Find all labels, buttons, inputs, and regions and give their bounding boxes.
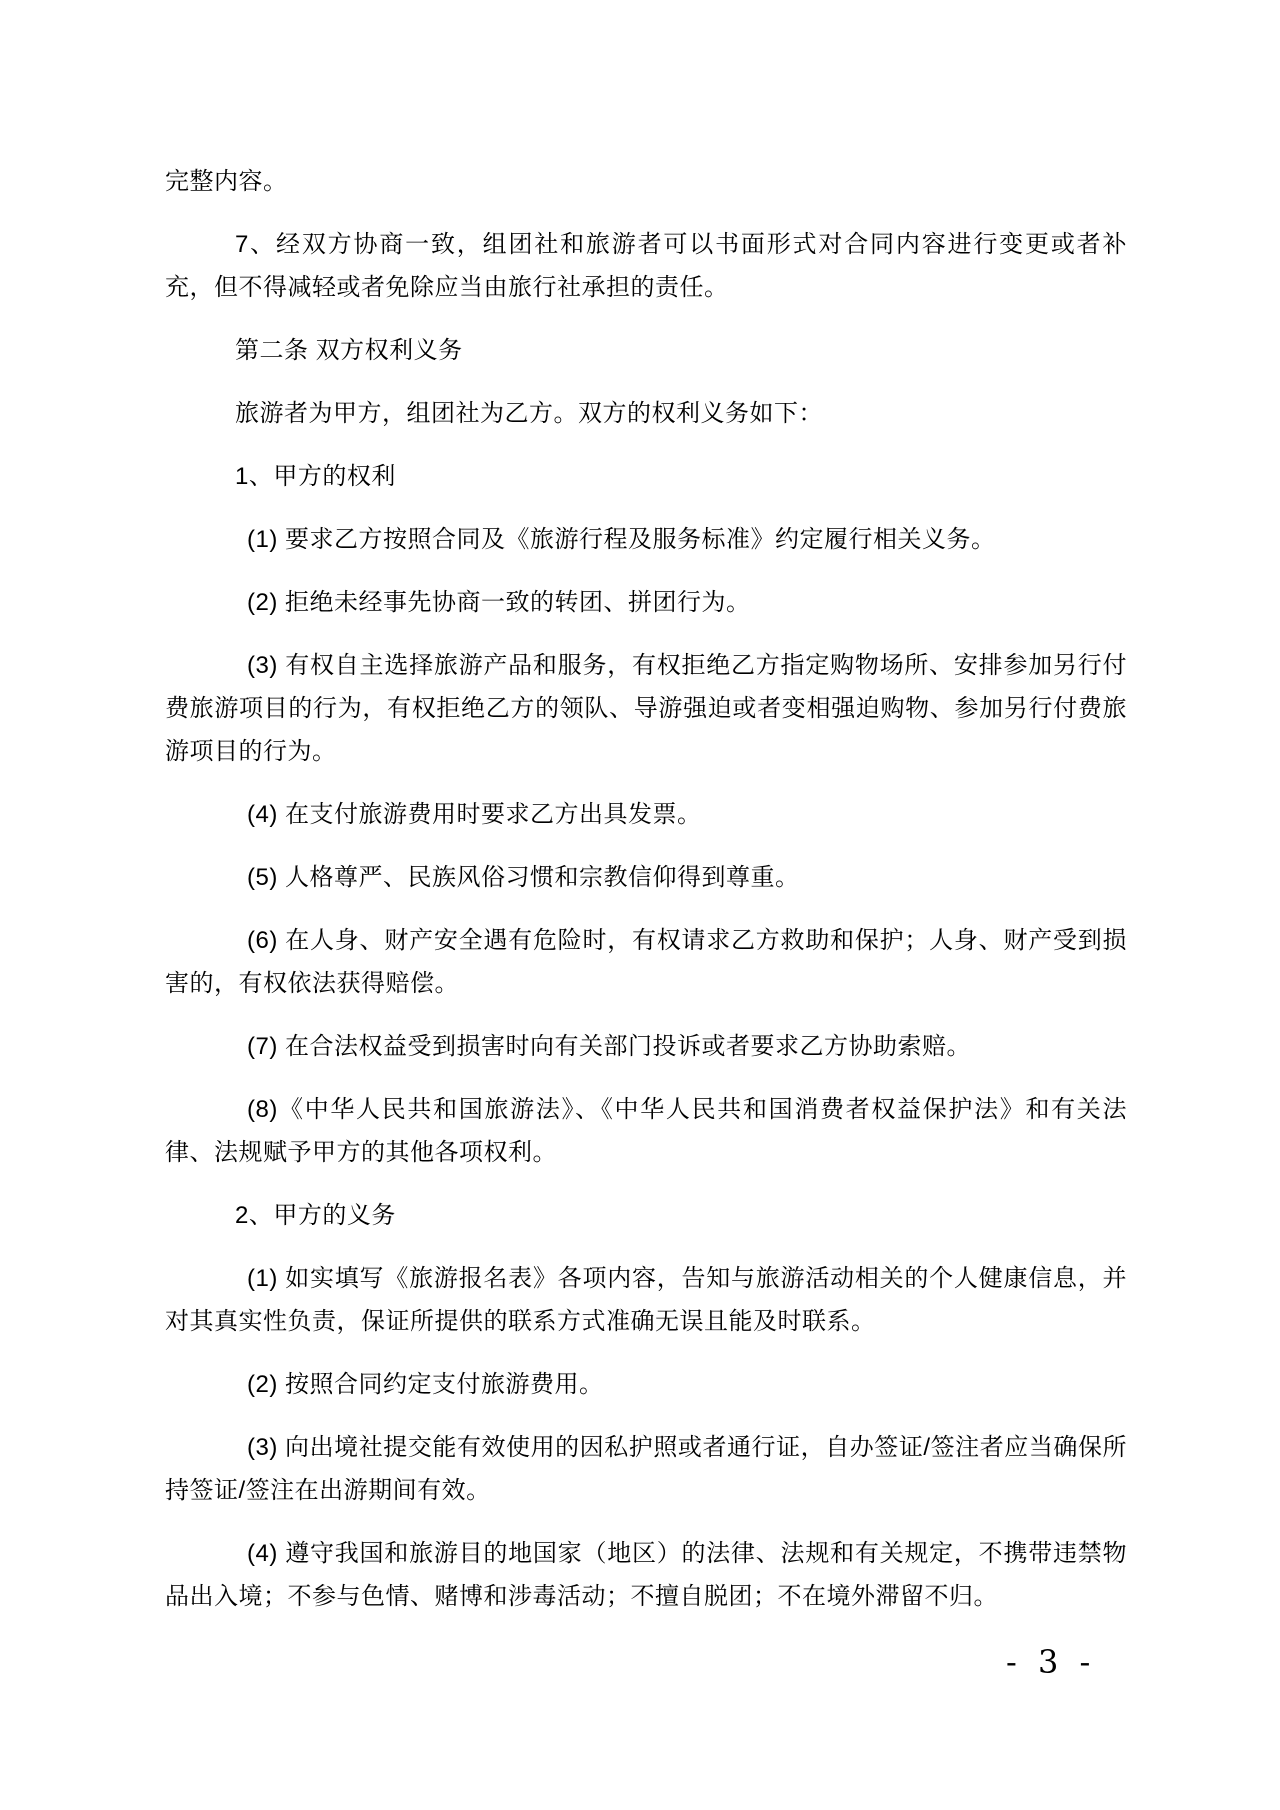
- paragraph-parties-definition: 旅游者为甲方，组团社为乙方。双方的权利义务如下：: [165, 392, 1127, 435]
- list-item-obligation-3: (3) 向出境社提交能有效使用的因私护照或者通行证，自办签证/签注者应当确保所持…: [165, 1426, 1127, 1512]
- list-item-obligation-1: (1) 如实填写《旅游报名表》各项内容，告知与旅游活动相关的个人健康信息，并对其…: [165, 1257, 1127, 1343]
- list-item-right-5: (5) 人格尊严、民族风俗习惯和宗教信仰得到尊重。: [165, 856, 1127, 899]
- list-item-right-1: (1) 要求乙方按照合同及《旅游行程及服务标准》约定履行相关义务。: [165, 518, 1127, 561]
- subheading-party-a-rights: 1、甲方的权利: [165, 455, 1127, 498]
- section-heading-article-2: 第二条 双方权利义务: [165, 329, 1127, 372]
- document-page: 完整内容。 7、经双方协商一致，组团社和旅游者可以书面形式对合同内容进行变更或者…: [0, 0, 1280, 1810]
- list-item-right-8: (8)《中华人民共和国旅游法》、《中华人民共和国消费者权益保护法》和有关法律、法…: [165, 1088, 1127, 1174]
- paragraph-continuation: 完整内容。: [165, 160, 1127, 203]
- list-item-obligation-4: (4) 遵守我国和旅游目的地国家（地区）的法律、法规和有关规定，不携带违禁物品出…: [165, 1532, 1127, 1618]
- document-body: 完整内容。 7、经双方协商一致，组团社和旅游者可以书面形式对合同内容进行变更或者…: [165, 160, 1127, 1618]
- list-item-right-7: (7) 在合法权益受到损害时向有关部门投诉或者要求乙方协助索赔。: [165, 1025, 1127, 1068]
- list-item-obligation-2: (2) 按照合同约定支付旅游费用。: [165, 1363, 1127, 1406]
- list-item-right-2: (2) 拒绝未经事先协商一致的转团、拼团行为。: [165, 581, 1127, 624]
- page-number: - 3 -: [1006, 1645, 1091, 1679]
- list-item-right-6: (6) 在人身、财产安全遇有危险时，有权请求乙方救助和保护；人身、财产受到损害的…: [165, 919, 1127, 1005]
- paragraph-clause-7: 7、经双方协商一致，组团社和旅游者可以书面形式对合同内容进行变更或者补充，但不得…: [165, 223, 1127, 309]
- subheading-party-a-obligations: 2、甲方的义务: [165, 1194, 1127, 1237]
- list-item-right-4: (4) 在支付旅游费用时要求乙方出具发票。: [165, 793, 1127, 836]
- list-item-right-3: (3) 有权自主选择旅游产品和服务，有权拒绝乙方指定购物场所、安排参加另行付费旅…: [165, 644, 1127, 773]
